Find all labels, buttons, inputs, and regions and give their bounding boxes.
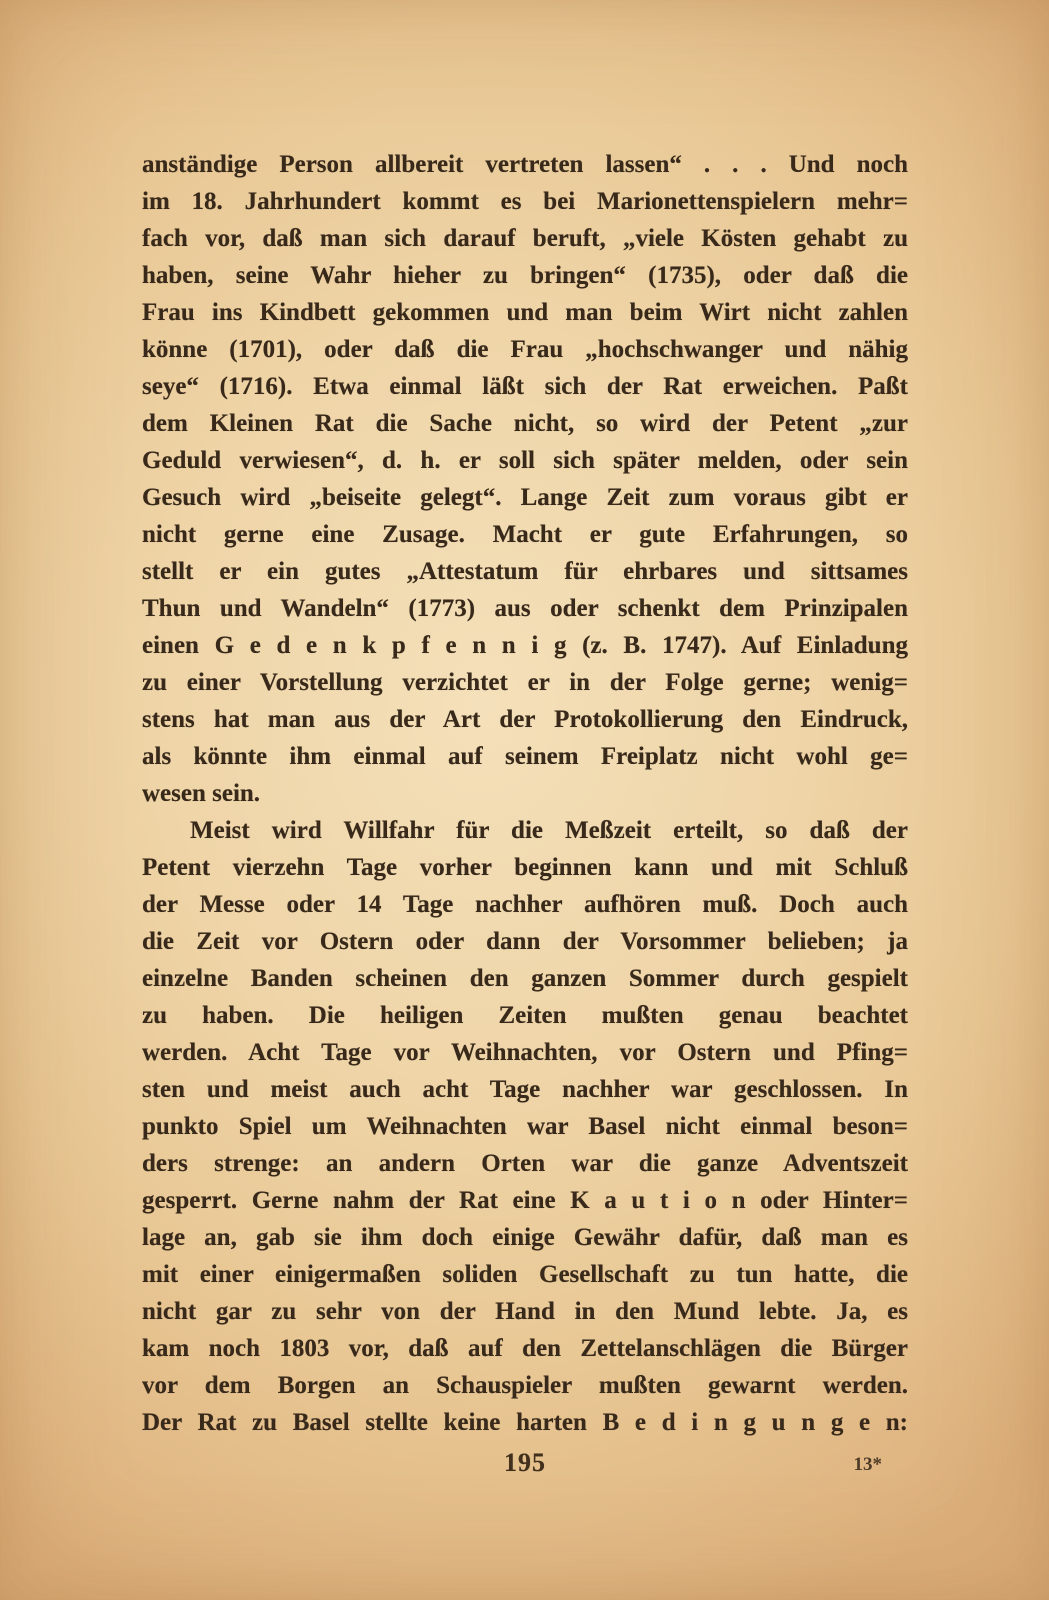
text-line: zu haben. Die heiligen Zeiten mußten gen… [142, 997, 908, 1034]
text-line-paragraph-end: wesen sein. [142, 775, 908, 812]
text-line: Thun und Wandeln“ (1773) aus oder schenk… [142, 590, 908, 627]
text-line: nicht gerne eine Zusage. Macht er gute E… [142, 516, 908, 553]
text-line: anständige Person allbereit vertreten la… [142, 146, 908, 183]
text-line: könne (1701), oder daß die Frau „hochsch… [142, 331, 908, 368]
text-line: die Zeit vor Ostern oder dann der Vorsom… [142, 923, 908, 960]
text-line: mit einer einigermaßen soliden Gesellsch… [142, 1256, 908, 1293]
text-line: nicht gar zu sehr von der Hand in den Mu… [142, 1293, 908, 1330]
text-line: einzelne Banden scheinen den ganzen Somm… [142, 960, 908, 997]
text-line: gesperrt. Gerne nahm der Rat eine K a u … [142, 1182, 908, 1219]
text-line: im 18. Jahrhundert kommt es bei Marionet… [142, 183, 908, 220]
text-line: kam noch 1803 vor, daß auf den Zettelans… [142, 1330, 908, 1367]
text-block: anständige Person allbereit vertreten la… [142, 146, 908, 1441]
text-line: ders strenge: an andern Orten war die ga… [142, 1145, 908, 1182]
page-number: 195 [142, 1448, 908, 1478]
text-line: fach vor, daß man sich darauf beruft, „v… [142, 220, 908, 257]
text-line: Frau ins Kindbett gekommen und man beim … [142, 294, 908, 331]
text-line: dem Kleinen Rat die Sache nicht, so wird… [142, 405, 908, 442]
text-line: Geduld verwiesen“, d. h. er soll sich sp… [142, 442, 908, 479]
text-line: der Messe oder 14 Tage nachher aufhören … [142, 886, 908, 923]
text-line: stens hat man aus der Art der Protokolli… [142, 701, 908, 738]
signature-mark: 13* [854, 1454, 883, 1476]
text-line: vor dem Borgen an Schauspieler mußten ge… [142, 1367, 908, 1404]
text-line: lage an, gab sie ihm doch einige Gewähr … [142, 1219, 908, 1256]
text-line-paragraph-start: Meist wird Willfahr für die Meßzeit erte… [142, 812, 908, 849]
text-line: als könnte ihm einmal auf seinem Freipla… [142, 738, 908, 775]
book-page-scan: anständige Person allbereit vertreten la… [0, 0, 1049, 1600]
text-line: Petent vierzehn Tage vorher beginnen kan… [142, 849, 908, 886]
text-line: zu einer Vorstellung verzichtet er in de… [142, 664, 908, 701]
text-line: werden. Acht Tage vor Weihnachten, vor O… [142, 1034, 908, 1071]
text-line: haben, seine Wahr hieher zu bringen“ (17… [142, 257, 908, 294]
text-line: seye“ (1716). Etwa einmal läßt sich der … [142, 368, 908, 405]
text-line: einen G e d e n k p f e n n i g (z. B. 1… [142, 627, 908, 664]
page-footer: 195 13* [142, 1448, 908, 1488]
text-line: punkto Spiel um Weihnachten war Basel ni… [142, 1108, 908, 1145]
text-line: stellt er ein gutes „Attestatum für ehrb… [142, 553, 908, 590]
text-line: Der Rat zu Basel stellte keine harten B … [142, 1404, 908, 1441]
text-line: sten und meist auch acht Tage nachher wa… [142, 1071, 908, 1108]
text-line: Gesuch wird „beiseite gelegt“. Lange Zei… [142, 479, 908, 516]
